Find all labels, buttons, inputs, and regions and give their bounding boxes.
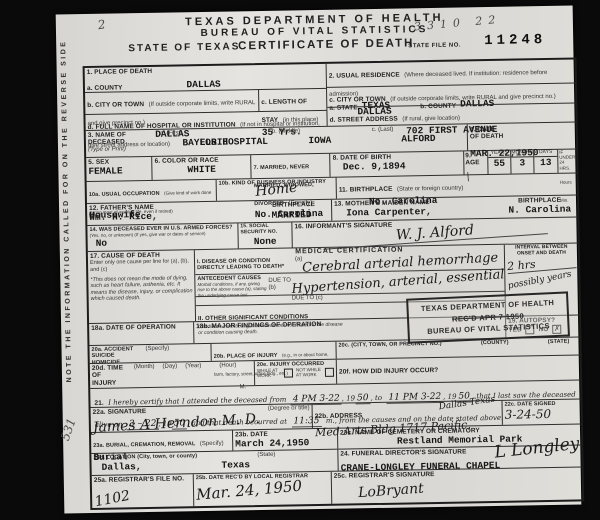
death-certificate-scan: NOTE THE INFORMATION CALLED FOR ON THE R… (56, 6, 582, 514)
cause-note2: *This does not mean the mode of dying, s… (90, 275, 192, 302)
injury-specify-label: (Specify) (145, 346, 169, 361)
name-first-cell: a. (First) ELSIE (158, 128, 270, 156)
age-years-label: YEARS (488, 151, 510, 158)
date-of-death-cell: 4. DATE OF DEATH MAR. 22,1950 (468, 122, 576, 150)
ssn-value: None (241, 235, 290, 247)
injury-kind-cell: 20a. ACCIDENT SUICIDE HOMICIDE (Specify) (89, 344, 211, 363)
cause-line-a-label: I. DISEASE OR CONDITION DIRECTLY LEADING… (195, 256, 295, 274)
injury-year-label: (Year) (185, 363, 202, 386)
state-file-no-value: 11248 (484, 32, 546, 49)
physician-address-cell: 22b. ADDRESS Dallas Texas Med Arts Bldg … (313, 401, 503, 428)
place-county-label: a. COUNTY (87, 84, 123, 92)
industry-cell: 10b. KIND OF BUSINESS OR INDUSTRY Home (217, 178, 337, 201)
injury-month-label: (Month) (134, 364, 155, 387)
physician-signature-cell: 22a. SIGNATURE (Degree or title) James A… (91, 404, 313, 432)
age-years-value: 55 (488, 157, 510, 168)
reverse-side-note: NOTE THE INFORMATION CALLED FOR ON THE R… (61, 62, 74, 382)
age-months-label: MONTHS (511, 150, 533, 157)
injury-state-label: (STATE) (548, 339, 570, 354)
physician-signature-label: 22a. SIGNATURE (93, 408, 147, 416)
age-under24-label: IF UNDER 24 HRS. (559, 150, 575, 171)
received-stamp: TEXAS DEPARTMENT OF HEALTH REC'D APR 7 1… (406, 291, 570, 343)
injury-notwhile-label: NOT WHILE AT WORK (296, 367, 322, 378)
table-row: 1. PLACE OF DEATH a. COUNTY DALLAS b. CI… (85, 60, 576, 132)
burial-location-city-value: Dallas, (101, 461, 141, 473)
injury-how-label: 20f. HOW DID INJURY OCCUR? (339, 367, 438, 376)
registrar-signature-cell: 25c. REGISTRAR'S SIGNATURE LoBryant (332, 467, 583, 503)
dob-cell: 8. DATE OF BIRTH Dec. 9,1894 (331, 151, 465, 176)
burial-label: 23a. BURIAL, CREMATION, REMOVAL (93, 441, 195, 449)
marital-cell: 7. MARRIED, NEVER MARRIED, WIDOWED, DIVO… (251, 154, 331, 178)
injury-county-label: (COUNTY) (481, 340, 509, 355)
name-first-value: ELSIE (160, 136, 268, 149)
date-of-death-label: 4. DATE OF DEATH (470, 125, 504, 141)
burial-location-cell: 23d. LOCATION (City, town, or county) (S… (91, 450, 338, 475)
residence-city-label: c. CITY OR TOWN (329, 96, 386, 104)
name-last-value: ALFORD (372, 132, 465, 145)
certify-text: , 19 (342, 394, 355, 402)
age-months-value: 3 (511, 157, 533, 168)
name-last-cell: c. (Last) ALFORD (370, 124, 468, 152)
name-middle-cell: b. (Middle) IOWA (270, 126, 370, 154)
injury-day-label: (Day) (162, 363, 177, 386)
due-to-b-label: DUE TO (b) (268, 277, 291, 291)
burial-location-state-label: (State) (257, 452, 275, 459)
sex-value: FEMALE (88, 165, 149, 177)
state-file-no-label: STATE FILE NO. (408, 42, 461, 49)
father-birthplace-value: No. Carolina (255, 208, 324, 220)
date-signed-cell: 22c. DATE SIGNED 3-24-50 (502, 399, 580, 424)
occupation-cell: 10a. USUAL OCCUPATION (Give kind of work… (87, 180, 217, 203)
burial-cell: 23a. BURIAL, CREMATION, REMOVAL (Specify… (91, 431, 233, 453)
place-county-value: DALLAS (186, 79, 220, 91)
degree-label: (Degree or title) (268, 405, 310, 413)
burial-note: (Specify) (200, 441, 224, 447)
burial-location-state-value: Texas (221, 459, 250, 470)
injury-city-label: 20c. (CITY, TOWN, OR PRECINCT NO.) (338, 341, 441, 358)
page-title: CERTIFICATE OF DEATH (216, 37, 436, 53)
injury-kind-label: 20a. ACCIDENT SUICIDE HOMICIDE (91, 346, 139, 362)
father-value: Wm. H. Rice, (89, 211, 158, 223)
place-city-label: b. CITY OR TOWN (87, 101, 144, 109)
name-label-cell: 3. NAME OF DECEASED (Type or Print) (86, 130, 158, 157)
certify-text: , to (370, 394, 382, 402)
margin-page-number: 531 (58, 416, 79, 442)
burial-date-value: March 24,1950 (235, 437, 335, 450)
registrar-date-cell: 25b. DATE REC'D BY LOCAL REGISTRAR Mar. … (194, 472, 333, 506)
place-stay-note: (in this place) (283, 117, 319, 124)
father-cell: 12. FATHER'S NAME BIRTHPLACE Wm. H. Rice… (87, 200, 332, 225)
injury-occurred-cell: 20e. INJURY OCCURRED WHILE AT WORK NOT W… (255, 360, 337, 385)
birthplace-note: (State or foreign country) (397, 185, 463, 192)
due-to-c-label: DUE TO (c) (292, 295, 323, 304)
race-cell: 6. COLOR OR RACE WHITE (152, 155, 251, 180)
birthplace-cell: 11. BIRTHPLACE (State or foreign country… (337, 173, 577, 198)
name-subtitle: (Type or Print) (88, 146, 156, 154)
operation-date-label: 18a. DATE OF OPERATION (91, 323, 191, 332)
injury-place-cell: 20b. PLACE OF INJURY (e.g., in or about … (211, 342, 336, 361)
injury-while-checkbox (284, 368, 293, 377)
mother-birthplace-value: N. Carolina (508, 204, 571, 216)
cause-notes-cell: 17. CAUSE OF DEATH Enter only one cause … (88, 250, 196, 323)
injury-how-cell: 20f. HOW DID INJURY OCCUR? (337, 355, 580, 383)
birthplace-label: 11. BIRTHPLACE (339, 186, 393, 194)
sex-cell: 5. SEX FEMALE (86, 157, 153, 181)
funeral-director-cell: 24. FUNERAL DIRECTOR'S SIGNATURE CRANE-L… (338, 445, 581, 470)
physician-address-label: 22b. ADDRESS (315, 412, 363, 420)
ssn-label: 15. SOCIAL SECURITY NO. (240, 224, 289, 236)
dob-value: Dec. 9,1894 (343, 160, 462, 173)
informant-cell: 16. INFORMANT'S SIGNATURE W. J. Alford (292, 217, 577, 247)
certify-number: 21. (94, 400, 103, 407)
mother-value: Iona Carpenter, (346, 206, 432, 218)
certificate-table: 1. PLACE OF DEATH a. COUNTY DALLAS b. CI… (83, 57, 585, 510)
residence-street-note: (If rural, give location) (402, 116, 460, 123)
cause-note1: Enter only one cause per line for (a), (… (90, 259, 192, 273)
occupation-label: 10a. USUAL OCCUPATION (89, 191, 160, 198)
residence-title: 2. USUAL RESIDENCE (329, 72, 400, 80)
ssn-cell: 15. SOCIAL SECURITY NO. None (238, 222, 292, 248)
injury-time-label: 20d. TIME OF INJURY (92, 364, 126, 387)
age-cell: 9. AGE / YEARS 55 MONTHS 3 DAYS 13 IF UN… (464, 149, 576, 174)
section-place-of-death: 1. PLACE OF DEATH a. COUNTY DALLAS b. CI… (85, 64, 328, 130)
injury-hour-label: (Hour) (219, 362, 236, 385)
name-middle-value: IOWA (272, 134, 368, 147)
registrar-file-cell: 25a. REGISTRAR'S FILE NO. 1102 (92, 474, 195, 508)
injury-place-label: 20b. PLACE OF INJURY (214, 353, 278, 360)
residence-city-note: (If outside corporate limits, write RURA… (390, 94, 556, 103)
race-value: WHITE (155, 164, 249, 177)
injury-while-label: WHILE AT WORK (257, 368, 281, 379)
age-days-value: 13 (534, 157, 557, 168)
age-days-label: DAYS (534, 150, 557, 157)
injury-time-cell: 20d. TIME OF INJURY (Month) (Day) (Year)… (90, 361, 255, 388)
section-usual-residence: 2. USUAL RESIDENCE (Where deceased lived… (327, 60, 576, 126)
name-title: 3. NAME OF DECEASED (88, 131, 156, 147)
armed-forces-value: No (96, 236, 236, 249)
operation-date-cell: 18a. DATE OF OPERATION (89, 322, 194, 345)
date-signed-value: 3-24-50 (505, 407, 579, 422)
burial-date-cell: 23b. DATE March 24,1950 (233, 429, 338, 451)
armed-forces-cell: 14. WAS DECEASED EVER IN U.S. ARMED FORC… (87, 223, 238, 251)
injury-notwhile-checkbox (325, 368, 334, 377)
